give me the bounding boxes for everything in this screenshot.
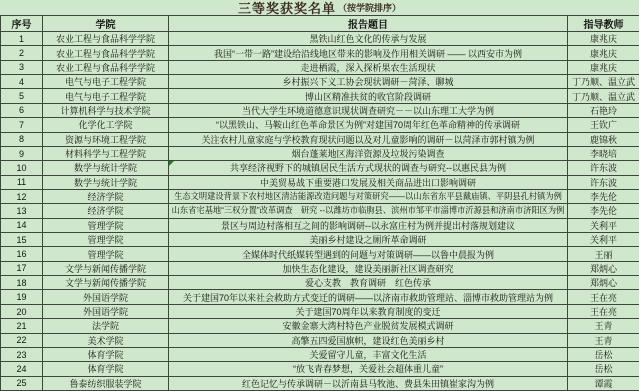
cell-no[interactable]: 4 bbox=[1, 75, 43, 89]
cell-title[interactable]: 景区与周边村落相互之间的影响调研--以永富庄村为例并提出村落规划建议 bbox=[169, 218, 568, 232]
col-header-no[interactable]: 序号 bbox=[1, 16, 43, 32]
cell-advisor[interactable]: 康兆庆 bbox=[568, 32, 639, 46]
cell-advisor[interactable]: 岳松 bbox=[568, 347, 639, 361]
cell-title[interactable]: 烟台蓬莱地区海洋资源及垃圾污染调查 bbox=[169, 146, 568, 160]
cell-title[interactable]: 共享经济视野下的城镇居民生活方式现状的调查与研究--以惠民县为例 bbox=[169, 161, 568, 175]
cell-college[interactable]: 数学与统计学院 bbox=[43, 175, 169, 189]
table-row: 11数学与统计学院中美贸易战下重要港口发展及相关商品进出口影响调研许东波 bbox=[1, 175, 639, 189]
cell-college[interactable]: 电气与电子工程学院 bbox=[43, 75, 169, 89]
cell-college[interactable]: 体育学院 bbox=[43, 347, 169, 361]
cell-advisor[interactable]: 王青 bbox=[568, 333, 639, 347]
cell-no[interactable]: 2 bbox=[1, 46, 43, 60]
cell-title[interactable]: 全媒体时代纸媒转型遇到的问题与对策调研——以鲁中晨报为例 bbox=[169, 247, 568, 261]
cell-title[interactable]: 关爱留守儿童，丰富文化生活 bbox=[169, 347, 568, 361]
cell-no[interactable]: 10 bbox=[1, 161, 43, 175]
cell-advisor[interactable]: 李先伦 bbox=[568, 204, 639, 218]
cell-advisor[interactable]: 关利平 bbox=[568, 233, 639, 247]
cell-no[interactable]: 15 bbox=[1, 233, 43, 247]
cell-college[interactable]: 法学院 bbox=[43, 319, 169, 333]
table-row: 23体育学院关爱留守儿童，丰富文化生活岳松 bbox=[1, 347, 639, 361]
cell-college[interactable]: 外国语学院 bbox=[43, 290, 169, 304]
cell-title[interactable]: 山东省宅基地“三权分置”改革调查 研究 --以潍坊市临朐县、滨州市邹平市淄博市沂… bbox=[169, 204, 568, 218]
cell-no[interactable]: 25 bbox=[1, 376, 43, 390]
cell-title[interactable]: 爱心支教 教育调研 红色传承 bbox=[169, 276, 568, 290]
cell-no[interactable]: 19 bbox=[1, 290, 43, 304]
table-row: 12经济学院生态文明建设背景下农村地区清洁能源改造问题与对策研究——以山东省东平… bbox=[1, 189, 639, 203]
cell-college[interactable]: 农业工程与食品科学学院 bbox=[43, 32, 169, 46]
cell-title[interactable]: 关注农村儿童家庭与学校教育现状问题以及对儿童影响的调研－以菏泽市郭村镇为例 bbox=[169, 132, 568, 146]
cell-title[interactable]: “以黑铁山、马鞍山红色革命景区为例”对建国70周年红色革命精神的传承调研 bbox=[169, 118, 568, 132]
cell-advisor[interactable]: 康兆庆 bbox=[568, 46, 639, 60]
cell-no[interactable]: 9 bbox=[1, 146, 43, 160]
cell-title[interactable]: 红色记忆与传承调研－以沂南县马牧池、费县朱田镇崔家沟为例 bbox=[169, 376, 568, 390]
cell-advisor[interactable]: 王青 bbox=[568, 319, 639, 333]
cell-title[interactable]: 当代大学生环境道德意识现状调查研究－－以山东理工大学为例 bbox=[169, 103, 568, 117]
table-row: 16管理学院全媒体时代纸媒转型遇到的问题与对策调研——以鲁中晨报为例王丽 bbox=[1, 247, 639, 261]
cell-title[interactable]: 我国“一带一路”建设给沿线地区带来的影响及作用相关调研 —— 以西安市为例 bbox=[169, 46, 568, 60]
cell-advisor[interactable]: 李先伦 bbox=[568, 189, 639, 203]
sheet-title-cell[interactable]: 三等奖获奖名单 （按学院排序） bbox=[0, 0, 639, 15]
cell-advisor[interactable]: 关利平 bbox=[568, 218, 639, 232]
cell-college[interactable]: 管理学院 bbox=[43, 218, 169, 232]
cell-title[interactable]: 美丽乡村建设之厕所革命调研 bbox=[169, 233, 568, 247]
table-row: 10数学与统计学院共享经济视野下的城镇居民生活方式现状的调查与研究--以惠民县为… bbox=[1, 161, 639, 175]
cell-no[interactable]: 22 bbox=[1, 333, 43, 347]
cell-no[interactable]: 12 bbox=[1, 189, 43, 203]
cell-no[interactable]: 21 bbox=[1, 319, 43, 333]
table-row: 1农业工程与食品科学学院黑铁山红色文化的传承与发展康兆庆 bbox=[1, 32, 639, 46]
cell-advisor[interactable]: 王钦广 bbox=[568, 118, 639, 132]
table-row: 21法学院安徽金寨大湾村特色产业脱贫发展模式调研王青 bbox=[1, 319, 639, 333]
page-title-note: （按学院排序） bbox=[338, 1, 401, 14]
cell-title[interactable]: 高擎五四爱国旗帜，建设红色美丽乡村 bbox=[169, 333, 568, 347]
cell-no[interactable]: 6 bbox=[1, 103, 43, 117]
cell-title[interactable]: 黑铁山红色文化的传承与发展 bbox=[169, 32, 568, 46]
cell-college[interactable]: 文学与新闻传播学院 bbox=[43, 261, 169, 275]
cell-no[interactable]: 23 bbox=[1, 347, 43, 361]
cell-advisor[interactable]: 王在亮 bbox=[568, 304, 639, 318]
cell-advisor[interactable]: 鹿锦秋 bbox=[568, 132, 639, 146]
table-row: 2农业工程与食品科学学院我国“一带一路”建设给沿线地区带来的影响及作用相关调研 … bbox=[1, 46, 639, 60]
cell-no[interactable]: 16 bbox=[1, 247, 43, 261]
cell-advisor[interactable]: 王丽 bbox=[568, 247, 639, 261]
table-row: 14管理学院景区与周边村落相互之间的影响调研--以永富庄村为例并提出村落规划建议… bbox=[1, 218, 639, 232]
table-row: 20外国语学院关于建国70周年以来教育制度的变迁王在亮 bbox=[1, 304, 639, 318]
header-row: 序号 学院 报告题目 指导教师 bbox=[1, 16, 639, 32]
cell-no[interactable]: 11 bbox=[1, 175, 43, 189]
cell-advisor[interactable]: 王在亮 bbox=[568, 290, 639, 304]
cell-no[interactable]: 13 bbox=[1, 204, 43, 218]
cell-college[interactable]: 鲁泰纺织服装学院 bbox=[43, 376, 169, 390]
cell-no[interactable]: 24 bbox=[1, 362, 43, 376]
cell-title[interactable]: 中美贸易战下重要港口发展及相关商品进出口影响调研 bbox=[169, 175, 568, 189]
col-header-college[interactable]: 学院 bbox=[43, 16, 169, 32]
cell-college[interactable]: 经济学院 bbox=[43, 189, 169, 203]
cell-advisor[interactable]: 丁乃顺、温立武 bbox=[568, 75, 639, 89]
table-row: 19外国语学院关于建国70年以来社会救助方式变迁的调研——以济南市救助管理站、淄… bbox=[1, 290, 639, 304]
cell-college[interactable]: 外国语学院 bbox=[43, 304, 169, 318]
cell-advisor[interactable]: 郑炳心 bbox=[568, 261, 639, 275]
cell-advisor[interactable]: 李晓培 bbox=[568, 146, 639, 160]
cell-title[interactable]: 乡村振兴下义工协会现状调研－菏泽、聊城 bbox=[169, 75, 568, 89]
table-row: 22美术学院高擎五四爱国旗帜，建设红色美丽乡村王青 bbox=[1, 333, 639, 347]
cell-no[interactable]: 17 bbox=[1, 261, 43, 275]
cell-advisor[interactable]: 郑炳心 bbox=[568, 276, 639, 290]
cell-no[interactable]: 3 bbox=[1, 60, 43, 74]
cell-no[interactable]: 14 bbox=[1, 218, 43, 232]
cell-college[interactable]: 体育学院 bbox=[43, 362, 169, 376]
cell-college[interactable]: 计算机科学与技术学院 bbox=[43, 103, 169, 117]
cell-college[interactable]: 化学化工学院 bbox=[43, 118, 169, 132]
cell-advisor[interactable]: 康兆庆 bbox=[568, 60, 639, 74]
table-row: 7化学化工学院“以黑铁山、马鞍山红色革命景区为例”对建国70周年红色革命精神的传… bbox=[1, 118, 639, 132]
cell-college[interactable]: 资源与环境工程学院 bbox=[43, 132, 169, 146]
cell-college[interactable]: 电气与电子工程学院 bbox=[43, 89, 169, 103]
col-header-title[interactable]: 报告题目 bbox=[169, 16, 568, 32]
cell-title[interactable]: 生态文明建设背景下农村地区清洁能源改造问题与对策研究——以山东省东平县戴庙镇、平… bbox=[169, 189, 568, 203]
cell-college[interactable]: 材料科学与工程学院 bbox=[43, 146, 169, 160]
cell-advisor[interactable]: 丁乃顺、温立武 bbox=[568, 89, 639, 103]
cell-title[interactable]: 走进栖霞，深入探析果农生活现状 bbox=[169, 60, 568, 74]
table-row: 15管理学院美丽乡村建设之厕所革命调研关利平 bbox=[1, 233, 639, 247]
cell-college[interactable]: 管理学院 bbox=[43, 233, 169, 247]
cell-title[interactable]: 博山区精准扶贫的收官阶段调研 bbox=[169, 89, 568, 103]
table-row: 18文学与新闻传播学院爱心支教 教育调研 红色传承郑炳心 bbox=[1, 276, 639, 290]
table-row: 25鲁泰纺织服装学院红色记忆与传承调研－以沂南县马牧池、费县朱田镇崔家沟为例谭霞 bbox=[1, 376, 639, 390]
page-title: 三等奖获奖名单 bbox=[238, 0, 336, 17]
cell-college[interactable]: 文学与新闻传播学院 bbox=[43, 276, 169, 290]
table-row: 4电气与电子工程学院乡村振兴下义工协会现状调研－菏泽、聊城丁乃顺、温立武 bbox=[1, 75, 639, 89]
cell-no[interactable]: 1 bbox=[1, 32, 43, 46]
cell-no[interactable]: 5 bbox=[1, 89, 43, 103]
cell-title[interactable]: 关于建国70周年以来教育制度的变迁 bbox=[169, 304, 568, 318]
cell-no[interactable]: 18 bbox=[1, 276, 43, 290]
table-row: 6计算机科学与技术学院当代大学生环境道德意识现状调查研究－－以山东理工大学为例石… bbox=[1, 103, 639, 117]
table-body: 1农业工程与食品科学学院黑铁山红色文化的传承与发展康兆庆2农业工程与食品科学学院… bbox=[1, 32, 639, 391]
cell-advisor[interactable]: 石艳玲 bbox=[568, 103, 639, 117]
cell-title[interactable]: 关于建国70年以来社会救助方式变迁的调研——以济南市救助管理站、淄博市救助管理站… bbox=[169, 290, 568, 304]
cell-college[interactable]: 管理学院 bbox=[43, 247, 169, 261]
col-header-advisor[interactable]: 指导教师 bbox=[568, 16, 639, 32]
cell-college[interactable]: 经济学院 bbox=[43, 204, 169, 218]
cell-college[interactable]: 美术学院 bbox=[43, 333, 169, 347]
cell-college[interactable]: 农业工程与食品科学学院 bbox=[43, 46, 169, 60]
table-row: 17文学与新闻传播学院加快生态化建设，建设美丽新社区调查研究郑炳心 bbox=[1, 261, 639, 275]
cell-title[interactable]: 加快生态化建设，建设美丽新社区调查研究 bbox=[169, 261, 568, 275]
cell-college[interactable]: 数学与统计学院 bbox=[43, 161, 169, 175]
table-row: 8资源与环境工程学院关注农村儿童家庭与学校教育现状问题以及对儿童影响的调研－以菏… bbox=[1, 132, 639, 146]
cell-no[interactable]: 7 bbox=[1, 118, 43, 132]
cell-title[interactable]: “放飞青春梦想，关爱社会超体重儿童” bbox=[169, 362, 568, 376]
awards-table: 序号 学院 报告题目 指导教师 1农业工程与食品科学学院黑铁山红色文化的传承与发… bbox=[0, 15, 639, 391]
table-row: 13经济学院山东省宅基地“三权分置”改革调查 研究 --以潍坊市临朐县、滨州市邹… bbox=[1, 204, 639, 218]
cell-no[interactable]: 8 bbox=[1, 132, 43, 146]
table-row: 3农业工程与食品科学学院走进栖霞，深入探析果农生活现状康兆庆 bbox=[1, 60, 639, 74]
awards-sheet: 三等奖获奖名单 （按学院排序） 序号 学院 报告题目 指导教师 1农业工程与食品… bbox=[0, 0, 639, 391]
cell-no[interactable]: 20 bbox=[1, 304, 43, 318]
cell-advisor[interactable]: 许东波 bbox=[568, 161, 639, 175]
cell-title[interactable]: 安徽金寨大湾村特色产业脱贫发展模式调研 bbox=[169, 319, 568, 333]
cell-advisor[interactable]: 许东波 bbox=[568, 175, 639, 189]
cell-advisor[interactable]: 岳松 bbox=[568, 362, 639, 376]
table-row: 5电气与电子工程学院博山区精准扶贫的收官阶段调研丁乃顺、温立武 bbox=[1, 89, 639, 103]
table-row: 24体育学院“放飞青春梦想，关爱社会超体重儿童”岳松 bbox=[1, 362, 639, 376]
cell-college[interactable]: 农业工程与食品科学学院 bbox=[43, 60, 169, 74]
cell-advisor[interactable]: 谭霞 bbox=[568, 376, 639, 390]
table-row: 9材料科学与工程学院烟台蓬莱地区海洋资源及垃圾污染调查李晓培 bbox=[1, 146, 639, 160]
